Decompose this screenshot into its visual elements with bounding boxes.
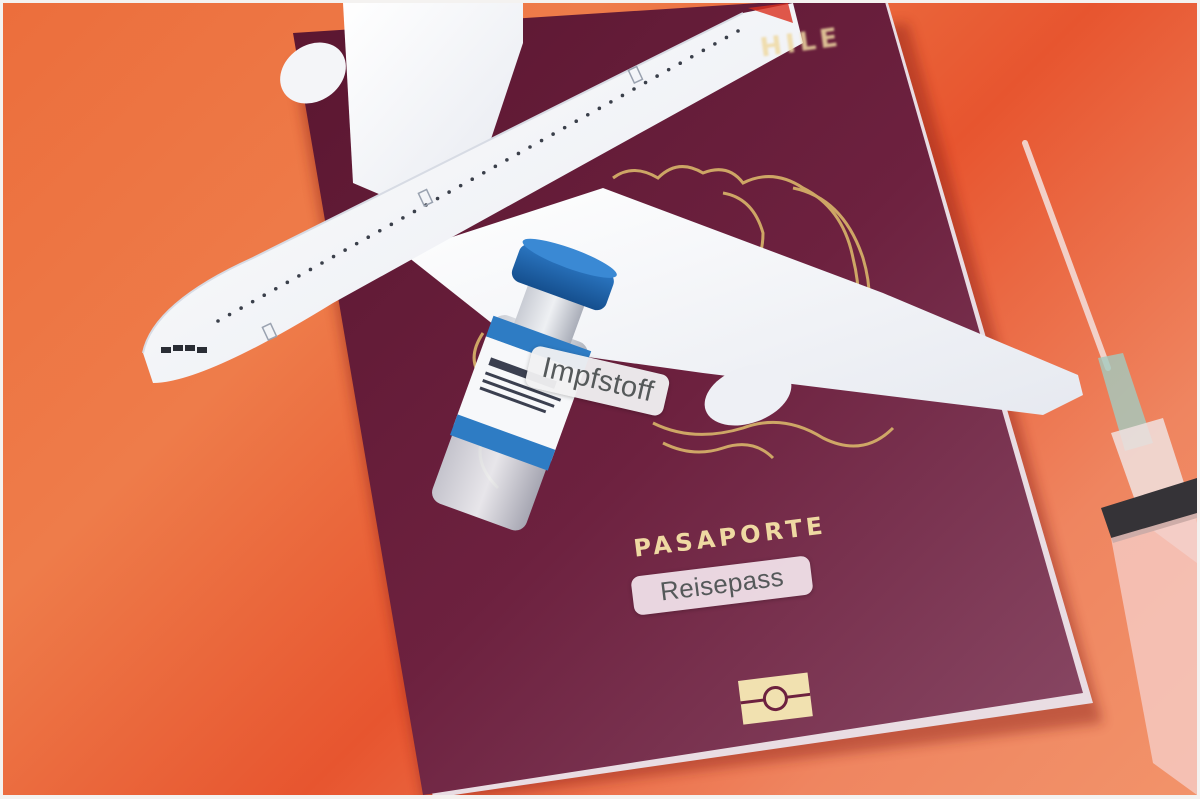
biometric-chip-icon — [738, 672, 813, 724]
photo-frame: HILE PASAPORTE Impfstoff Reisepass — [3, 3, 1197, 795]
